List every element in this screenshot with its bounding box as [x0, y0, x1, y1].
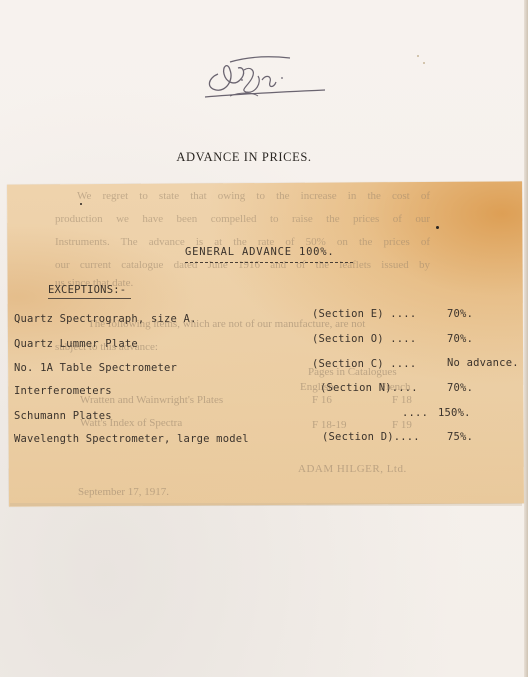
- background-row-value: F 16: [312, 394, 332, 406]
- exception-value: 70%.: [447, 382, 473, 394]
- ink-speck: [80, 203, 82, 205]
- exception-value: 70%.: [447, 333, 473, 345]
- exception-item: No. 1A Table Spectrometer: [14, 362, 177, 374]
- exception-item: Quartz Lummer Plate: [14, 338, 138, 350]
- slip-shadow: [10, 503, 522, 506]
- exception-value: 75%.: [447, 431, 473, 443]
- signature: [200, 52, 330, 102]
- signature-icon: [200, 52, 330, 102]
- exception-item: Quartz Spectrograph, size A.: [14, 313, 197, 325]
- page-edge: [524, 0, 528, 677]
- exception-section: (Section D)....: [322, 431, 420, 443]
- exceptions-underline: [48, 298, 131, 299]
- paper-speck: [423, 62, 425, 64]
- page-heading: ADVANCE IN PRICES.: [0, 150, 488, 165]
- exception-value: No advance.: [447, 357, 519, 369]
- background-row-value: F 19: [392, 419, 412, 431]
- exception-item: Interferometers: [14, 385, 112, 397]
- general-advance-underline: [185, 262, 353, 263]
- background-paragraph: We regret to state that owing to the inc…: [55, 185, 430, 277]
- document-page: ADVANCE IN PRICES. We regret to state th…: [0, 0, 528, 677]
- paper-speck: [417, 55, 419, 57]
- exception-item: Wavelength Spectrometer, large model: [14, 433, 249, 445]
- background-line: production we have been compelled to rai…: [55, 208, 430, 231]
- exception-value: 150%.: [438, 407, 471, 419]
- exception-section: (Section N)....: [320, 382, 418, 394]
- ink-speck: [436, 226, 439, 229]
- background-row-value: F 18-19: [312, 419, 347, 431]
- background-date: September 17, 1917.: [78, 486, 169, 498]
- exception-section: (Section E) ....: [312, 308, 416, 320]
- exceptions-title: EXCEPTIONS:-: [48, 284, 126, 296]
- background-company: ADAM HILGER, Ltd.: [298, 463, 407, 475]
- exception-section: ....: [402, 407, 428, 419]
- exception-value: 70%.: [447, 308, 473, 320]
- general-advance: GENERAL ADVANCE 100%.: [185, 246, 335, 258]
- exception-item: Schumann Plates: [14, 410, 112, 422]
- exception-section: (Section C) ....: [312, 358, 416, 370]
- background-line: We regret to state that owing to the inc…: [55, 185, 430, 208]
- background-row-value: F 18: [392, 394, 412, 406]
- exception-section: (Section O) ....: [312, 333, 416, 345]
